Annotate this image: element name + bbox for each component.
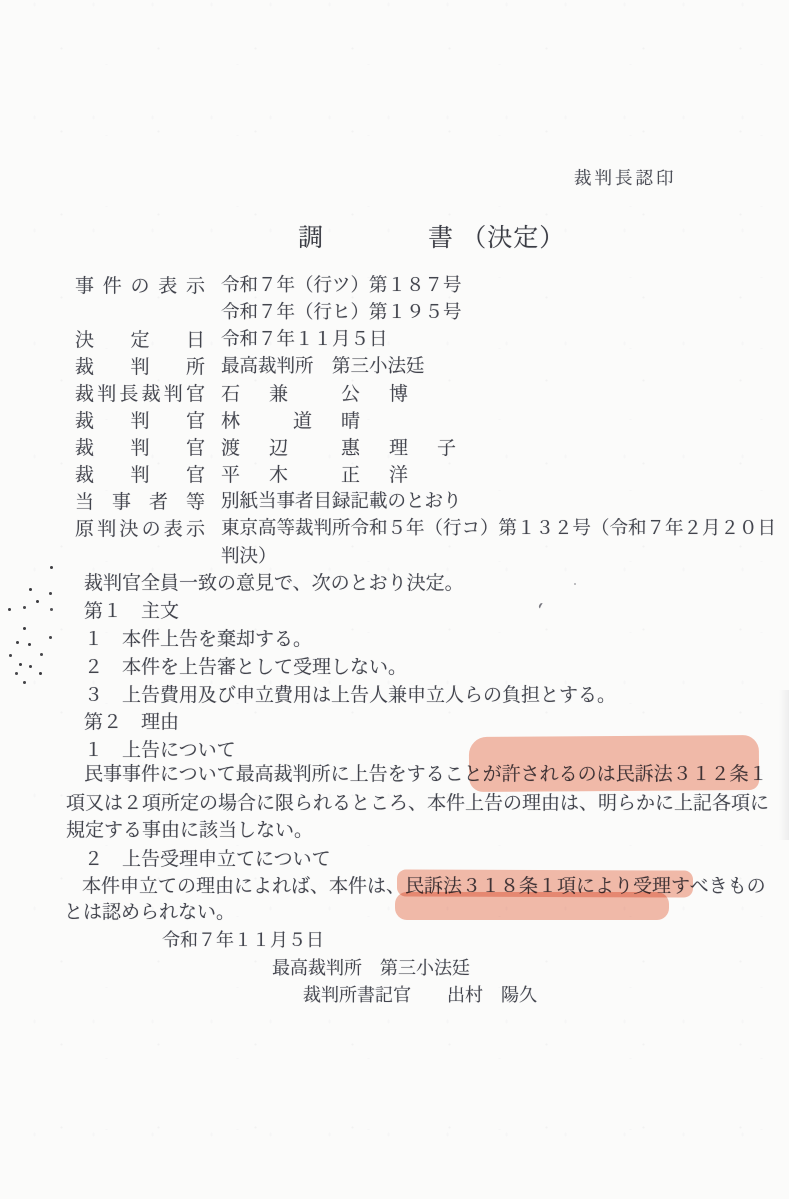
info-row-label: 事件の表示 <box>75 277 205 297</box>
judge-name: 林 道 晴 <box>221 412 365 433</box>
punch-hole-dots <box>0 0 3 3</box>
info-row-label: 裁判長裁判官 <box>75 385 205 405</box>
body-line: 裁判官全員一致の意見で、次のとおり決定。 <box>84 574 464 594</box>
body-line: ３ 上告費用及び申立費用は上告人兼申立人らの負担とする。 <box>84 686 616 706</box>
body-line: １ 本件上告を棄却する。 <box>84 630 312 650</box>
document-title: 調 書 （決定） <box>298 226 565 252</box>
body-line: 第１ 主文 <box>84 602 179 622</box>
info-row: 事件の表示令和７年（行ツ）第１８７号 <box>75 277 462 297</box>
court-name: 最高裁判所 第三小法廷 <box>272 959 470 978</box>
judge-name: 石 兼 公 博 <box>221 385 413 406</box>
scanned-court-decision-page: 裁判長認印 調 書 （決定） 事件の表示令和７年（行ツ）第１８７号 令和７年（行… <box>0 0 789 1199</box>
info-row: 原判決の表示東京高等裁判所令和５年（行コ）第１３２号（令和７年２月２０日 <box>75 520 776 540</box>
body-line: とは認められない。 <box>64 903 235 923</box>
info-row: 裁判所最高裁判所 第三小法廷 <box>75 358 425 378</box>
scan-edge-shadow <box>779 690 789 840</box>
judge-name: 渡 辺 惠 理 子 <box>221 439 461 460</box>
info-row-label: 原判決の表示 <box>75 520 205 540</box>
pen-speck <box>574 583 576 585</box>
body-line: １ 上告について <box>84 741 236 761</box>
body-line: 規定する事由に該当しない。 <box>66 821 313 841</box>
info-row-value: 東京高等裁判所令和５年（行コ）第１３２号（令和７年２月２０日 <box>221 520 776 540</box>
info-row-value: 判決） <box>221 548 277 568</box>
info-row: 裁判長裁判官石 兼 公 博 <box>75 385 413 406</box>
info-row: 裁判官渡 辺 惠 理 子 <box>75 439 461 460</box>
info-row: 裁判官林 道 晴 <box>75 412 365 433</box>
info-row-label: 裁判官 <box>75 412 205 432</box>
info-row-label: 当事者等 <box>75 493 205 513</box>
info-row-value: 令和７年（行ツ）第１８７号 <box>221 277 462 297</box>
body-line: 第２ 理由 <box>84 713 179 733</box>
info-row-label: 裁判官 <box>75 466 205 486</box>
body-line: ２ 上告受理申立てについて <box>84 850 331 870</box>
info-row-label: 決定日 <box>75 331 205 351</box>
clerk-signature: 裁判所書記官 出村 陽久 <box>303 986 537 1005</box>
info-row-value: 令和７年（行ヒ）第１９５号 <box>221 304 462 324</box>
info-row-value: 令和７年１１月５日 <box>221 331 388 351</box>
info-row: 判決） <box>75 548 277 568</box>
info-row-value: 最高裁判所 第三小法廷 <box>221 358 425 378</box>
body-line: 民事事件について最高裁判所に上告をすることが許されるのは民訴法３１２条１ <box>84 765 768 785</box>
judge-name: 平 木 正 洋 <box>221 466 413 487</box>
presiding-judge-seal-label: 裁判長認印 <box>574 169 677 187</box>
info-row: 決定日令和７年１１月５日 <box>75 331 388 351</box>
info-row: 令和７年（行ヒ）第１９５号 <box>75 304 462 324</box>
info-row: 裁判官平 木 正 洋 <box>75 466 413 487</box>
info-row: 当事者等別紙当事者目録記載のとおり <box>75 493 462 513</box>
info-row-label: 裁判所 <box>75 358 205 378</box>
decision-date: 令和７年１１月５日 <box>162 931 324 950</box>
pen-speck <box>538 602 545 610</box>
body-line: 本件申立ての理由によれば、本件は、民訴法３１８条１項により受理すべきもの <box>82 877 766 897</box>
info-row-label: 裁判官 <box>75 439 205 459</box>
body-line: ２ 本件を上告審として受理しない。 <box>84 658 407 678</box>
info-row-value: 別紙当事者目録記載のとおり <box>221 493 462 513</box>
body-line: 項又は２項所定の場合に限られるところ、本件上告の理由は、明らかに上記各項に <box>66 794 769 814</box>
